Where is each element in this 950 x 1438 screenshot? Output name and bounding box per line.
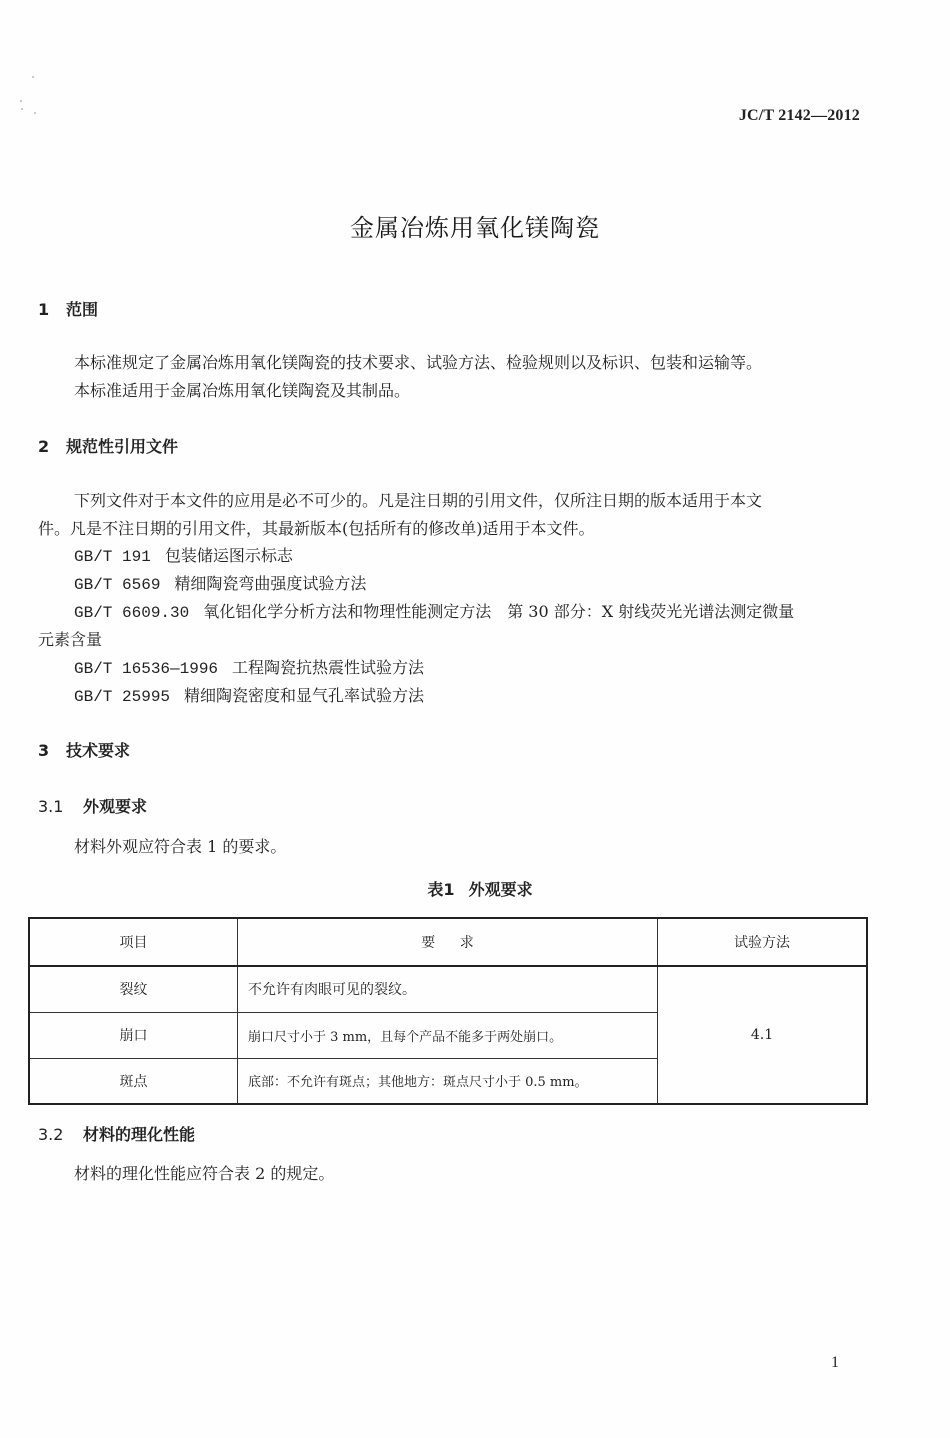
- section-number: 3.2: [38, 1125, 83, 1144]
- row-requirement: 不允许有肉眼可见的裂纹。: [237, 966, 657, 1012]
- scan-speck: [34, 112, 36, 114]
- section-3-2-paragraph: 材料的理化性能应符合表 2 的规定。: [38, 1160, 864, 1188]
- section-title: 材料的理化性能: [83, 1125, 195, 1144]
- scan-speck: [20, 100, 22, 102]
- reference-code: GB/T 191: [74, 548, 151, 566]
- reference-title: 工程陶瓷抗热震性试验方法: [232, 658, 424, 677]
- row-item: 斑点: [29, 1058, 237, 1104]
- reference-title: 精细陶瓷密度和显气孔率试验方法: [184, 686, 424, 705]
- section-3-heading: 3技术要求: [38, 738, 130, 761]
- row-requirement: 崩口尺寸小于 3 mm，且每个产品不能多于两处崩口。: [237, 1012, 657, 1058]
- section-1-paragraph-2: 本标准适用于金属冶炼用氧化镁陶瓷及其制品。: [38, 377, 864, 405]
- header-test-method: 试验方法: [657, 918, 867, 966]
- section-1-paragraph-1: 本标准规定了金属冶炼用氧化镁陶瓷的技术要求、试验方法、检验规则以及标识、包装和运…: [38, 349, 864, 377]
- section-3-1-paragraph: 材料外观应符合表 1 的要求。: [38, 833, 864, 861]
- scan-speck: [32, 76, 34, 78]
- test-method-cell: 4.1: [657, 966, 867, 1104]
- reference-code: GB/T 25995: [74, 688, 170, 706]
- section-2-heading: 2规范性引用文件: [38, 434, 178, 457]
- table-header-row: 项目 要 求 试验方法: [29, 918, 867, 966]
- section-2-intro-line-1: 下列文件对于本文件的应用是必不可少的。凡是注日期的引用文件，仅所注日期的版本适用…: [38, 487, 864, 515]
- reference-item: GB/T 6609.30氧化铝化学分析方法和物理性能测定方法 第 30 部分：X…: [74, 599, 794, 622]
- document-page: JC/T 2142—2012 金属冶炼用氧化镁陶瓷 1范围 本标准规定了金属冶炼…: [0, 0, 950, 1438]
- section-3-1-heading: 3.1外观要求: [38, 794, 147, 817]
- section-title: 技术要求: [66, 741, 130, 760]
- row-item: 裂纹: [29, 966, 237, 1012]
- section-title: 范围: [66, 300, 98, 319]
- reference-title: 包装储运图示标志: [165, 546, 293, 565]
- section-number: 3: [38, 741, 66, 760]
- section-number: 3.1: [38, 797, 83, 816]
- reference-code: GB/T 16536—1996: [74, 660, 218, 678]
- reference-code: GB/T 6609.30: [74, 604, 189, 622]
- table-1-caption: 表1外观要求: [0, 877, 950, 900]
- section-title: 外观要求: [83, 797, 147, 816]
- row-item: 崩口: [29, 1012, 237, 1058]
- scan-speck: [21, 108, 23, 110]
- reference-item: GB/T 16536—1996工程陶瓷抗热震性试验方法: [74, 655, 424, 678]
- header-item: 项目: [29, 918, 237, 966]
- reference-title: 氧化铝化学分析方法和物理性能测定方法 第 30 部分：X 射线荧光光谱法测定微量: [203, 602, 794, 621]
- appearance-requirements-table: 项目 要 求 试验方法 裂纹 不允许有肉眼可见的裂纹。 4.1 崩口 崩口尺寸小…: [28, 917, 868, 1105]
- section-title: 规范性引用文件: [66, 437, 178, 456]
- table-row: 裂纹 不允许有肉眼可见的裂纹。 4.1: [29, 966, 867, 1012]
- row-requirement: 底部：不允许有斑点；其他地方：斑点尺寸小于 0.5 mm。: [237, 1058, 657, 1104]
- header-requirement: 要 求: [237, 918, 657, 966]
- section-3-2-heading: 3.2材料的理化性能: [38, 1122, 195, 1145]
- section-1-heading: 1范围: [38, 297, 98, 320]
- section-number: 1: [38, 300, 66, 319]
- reference-continuation: 元素含量: [38, 627, 102, 650]
- reference-item: GB/T 191包装储运图示标志: [74, 543, 293, 566]
- document-title: 金属冶炼用氧化镁陶瓷: [0, 208, 950, 243]
- section-2-intro-line-2: 件。凡是不注日期的引用文件，其最新版本(包括所有的修改单)适用于本文件。: [38, 515, 864, 543]
- page-number: 1: [831, 1354, 839, 1372]
- reference-title: 精细陶瓷弯曲强度试验方法: [174, 574, 366, 593]
- reference-item: GB/T 6569精细陶瓷弯曲强度试验方法: [74, 571, 366, 594]
- standard-code: JC/T 2142—2012: [739, 107, 860, 125]
- reference-item: GB/T 25995精细陶瓷密度和显气孔率试验方法: [74, 683, 424, 706]
- table-caption-title: 外观要求: [469, 880, 533, 899]
- section-number: 2: [38, 437, 66, 456]
- table-caption-number: 表1: [427, 880, 454, 899]
- reference-code: GB/T 6569: [74, 576, 160, 594]
